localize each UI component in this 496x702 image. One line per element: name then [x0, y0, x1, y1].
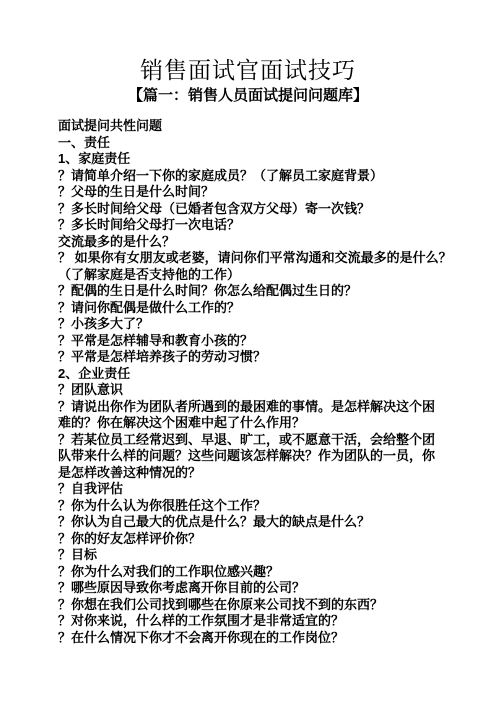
body-line: ？多长时间给父母打一次电话？ [58, 217, 442, 234]
body-line: ？请说出你作为团队者所遇到的最困难的事情。是怎样解决这个困 [58, 399, 442, 416]
body-line: 难的？你在解决这个困难中起了什么作用？ [58, 415, 442, 432]
body-line: 交流最多的是什么？ [58, 234, 442, 251]
body-line: 是怎样改善这种情况的？ [58, 465, 442, 482]
body-line: ？你为什么对我们的工作职位感兴趣？ [58, 564, 442, 581]
body-line: ？目标 [58, 547, 442, 564]
body-line: ？配偶的生日是什么时间？你怎么给配偶过生日的？ [58, 283, 442, 300]
body-line: （了解家庭是否支持他的工作） [58, 267, 442, 284]
body-line: ？你认为自己最大的优点是什么？最大的缺点是什么？ [58, 514, 442, 531]
body-line: 一、责任 [58, 135, 442, 152]
body-line: ？你为什么认为你很胜任这个工作？ [58, 498, 442, 515]
body-line: 队带来什么样的问题？这些问题该怎样解决？作为团队的一员，你 [58, 448, 442, 465]
body-line: ？平常是怎样辅导和教育小孩的？ [58, 333, 442, 350]
document-body: 面试提问共性问题一、责任1、家庭责任？请简单介绍一下你的家庭成员？（了解员工家庭… [58, 118, 442, 646]
body-line: ？平常是怎样培养孩子的劳动习惯？ [58, 349, 442, 366]
body-line: 1、家庭责任 [58, 151, 442, 168]
body-line: ？请问你配偶是做什么工作的？ [58, 300, 442, 317]
body-line: ？哪些原因导致你考虑离开你目前的公司？ [58, 580, 442, 597]
document-page: 销售面试官面试技巧 【篇一：销售人员面试提问问题库】 面试提问共性问题一、责任1… [0, 0, 496, 702]
body-line: ？对你来说，什么样的工作氛围才是非常适宜的？ [58, 613, 442, 630]
body-line: ？多长时间给父母（已婚者包含双方父母）寄一次钱？ [58, 201, 442, 218]
body-line: ？ 如果你有女朋友或老婆，请问你们平常沟通和交流最多的是什么？ [58, 250, 442, 267]
body-line: ？若某位员工经常迟到、早退、旷工，或不愿意干活，会给整个团 [58, 432, 442, 449]
body-line: ？自我评估 [58, 481, 442, 498]
document-subtitle: 【篇一：销售人员面试提问问题库】 [0, 84, 496, 105]
document-title: 销售面试官面试技巧 [0, 52, 496, 85]
body-line: ？在什么情况下你才不会离开你现在的工作岗位？ [58, 630, 442, 647]
body-line: ？父母的生日是什么时间？ [58, 184, 442, 201]
body-line: ？你的好友怎样评价你？ [58, 531, 442, 548]
body-line: ？团队意识 [58, 382, 442, 399]
body-line: ？你想在我们公司找到哪些在你原来公司找不到的东西？ [58, 597, 442, 614]
body-line: ？小孩多大了？ [58, 316, 442, 333]
body-line: 面试提问共性问题 [58, 118, 442, 135]
body-line: ？请简单介绍一下你的家庭成员？（了解员工家庭背景） [58, 168, 442, 185]
body-line: 2、企业责任 [58, 366, 442, 383]
